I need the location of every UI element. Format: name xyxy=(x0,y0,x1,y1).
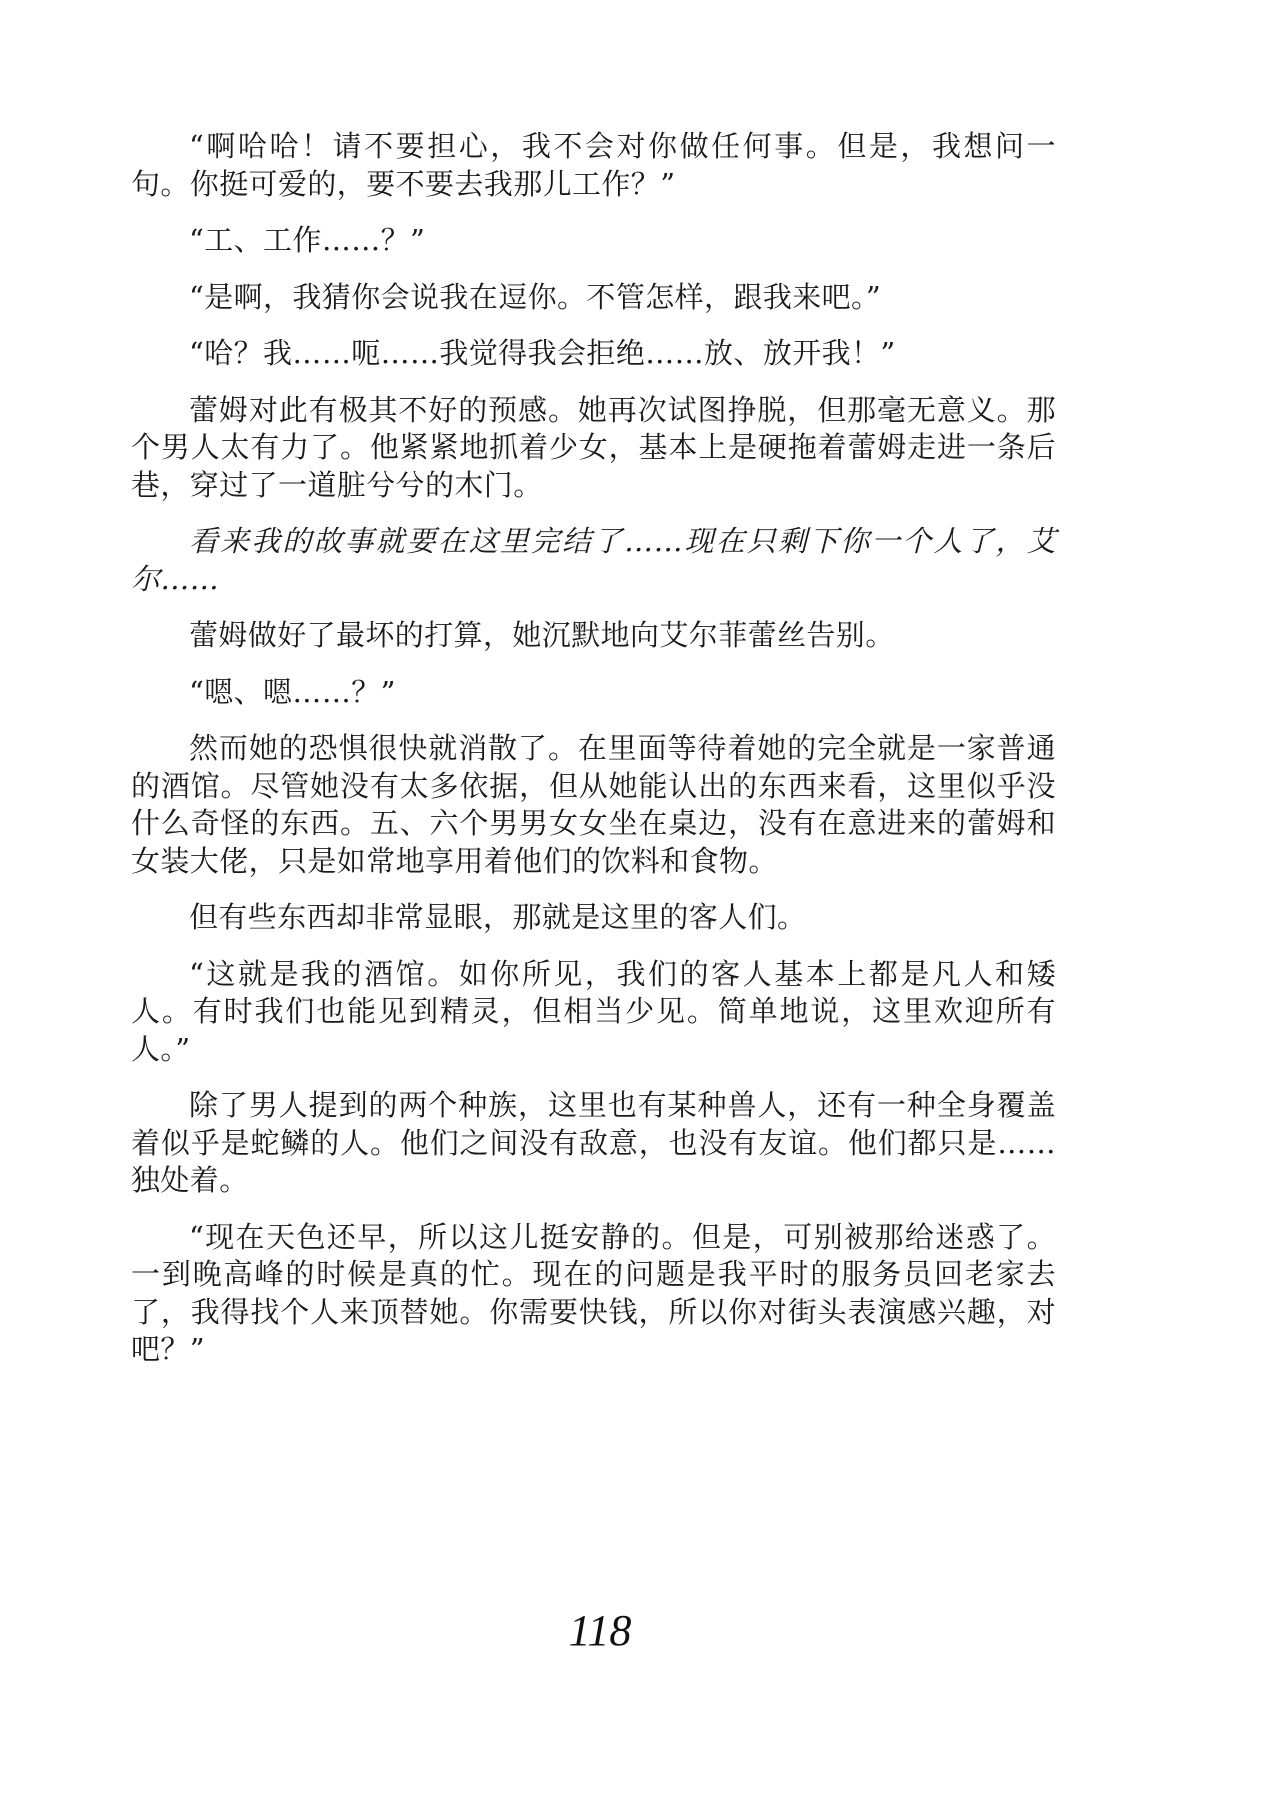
paragraph: 但有些东西却非常显眼，那就是这里的客人们。 xyxy=(131,899,1056,937)
paragraph: 然而她的恐惧很快就消散了。在里面等待着她的完全就是一家普通的酒馆。尽管她没有太多… xyxy=(131,730,1056,880)
paragraph: 蕾姆做好了最坏的打算，她沉默地向艾尔菲蕾丝告别。 xyxy=(131,617,1056,655)
paragraph: “工、工作……？” xyxy=(131,222,1056,260)
inner-thought-paragraph: 看来我的故事就要在这里完结了……现在只剩下你一个人了，艾尔…… xyxy=(131,523,1056,598)
paragraph: “嗯、嗯……？” xyxy=(131,674,1056,712)
paragraph: “哈？我……呃……我觉得我会拒绝……放、放开我！” xyxy=(131,335,1056,373)
paragraph: “啊哈哈！请不要担心，我不会对你做任何事。但是，我想问一句。你挺可爱的，要不要去… xyxy=(131,128,1056,203)
paragraph: “是啊，我猜你会说我在逗你。不管怎样，跟我来吧。” xyxy=(131,279,1056,317)
paragraph: “现在天色还早，所以这儿挺安静的。但是，可别被那给迷惑了。一到晚高峰的时候是真的… xyxy=(131,1219,1056,1369)
page-body: “啊哈哈！请不要担心，我不会对你做任何事。但是，我想问一句。你挺可爱的，要不要去… xyxy=(131,128,1056,1388)
paragraph: 蕾姆对此有极其不好的预感。她再次试图挣脱，但那毫无意义。那个男人太有力了。他紧紧… xyxy=(131,392,1056,505)
paragraph: 除了男人提到的两个种族，这里也有某种兽人，还有一种全身覆盖着似乎是蛇鳞的人。他们… xyxy=(131,1087,1056,1200)
page-number: 118 xyxy=(0,1605,1200,1656)
paragraph: “这就是我的酒馆。如你所见，我们的客人基本上都是凡人和矮人。有时我们也能见到精灵… xyxy=(131,956,1056,1069)
